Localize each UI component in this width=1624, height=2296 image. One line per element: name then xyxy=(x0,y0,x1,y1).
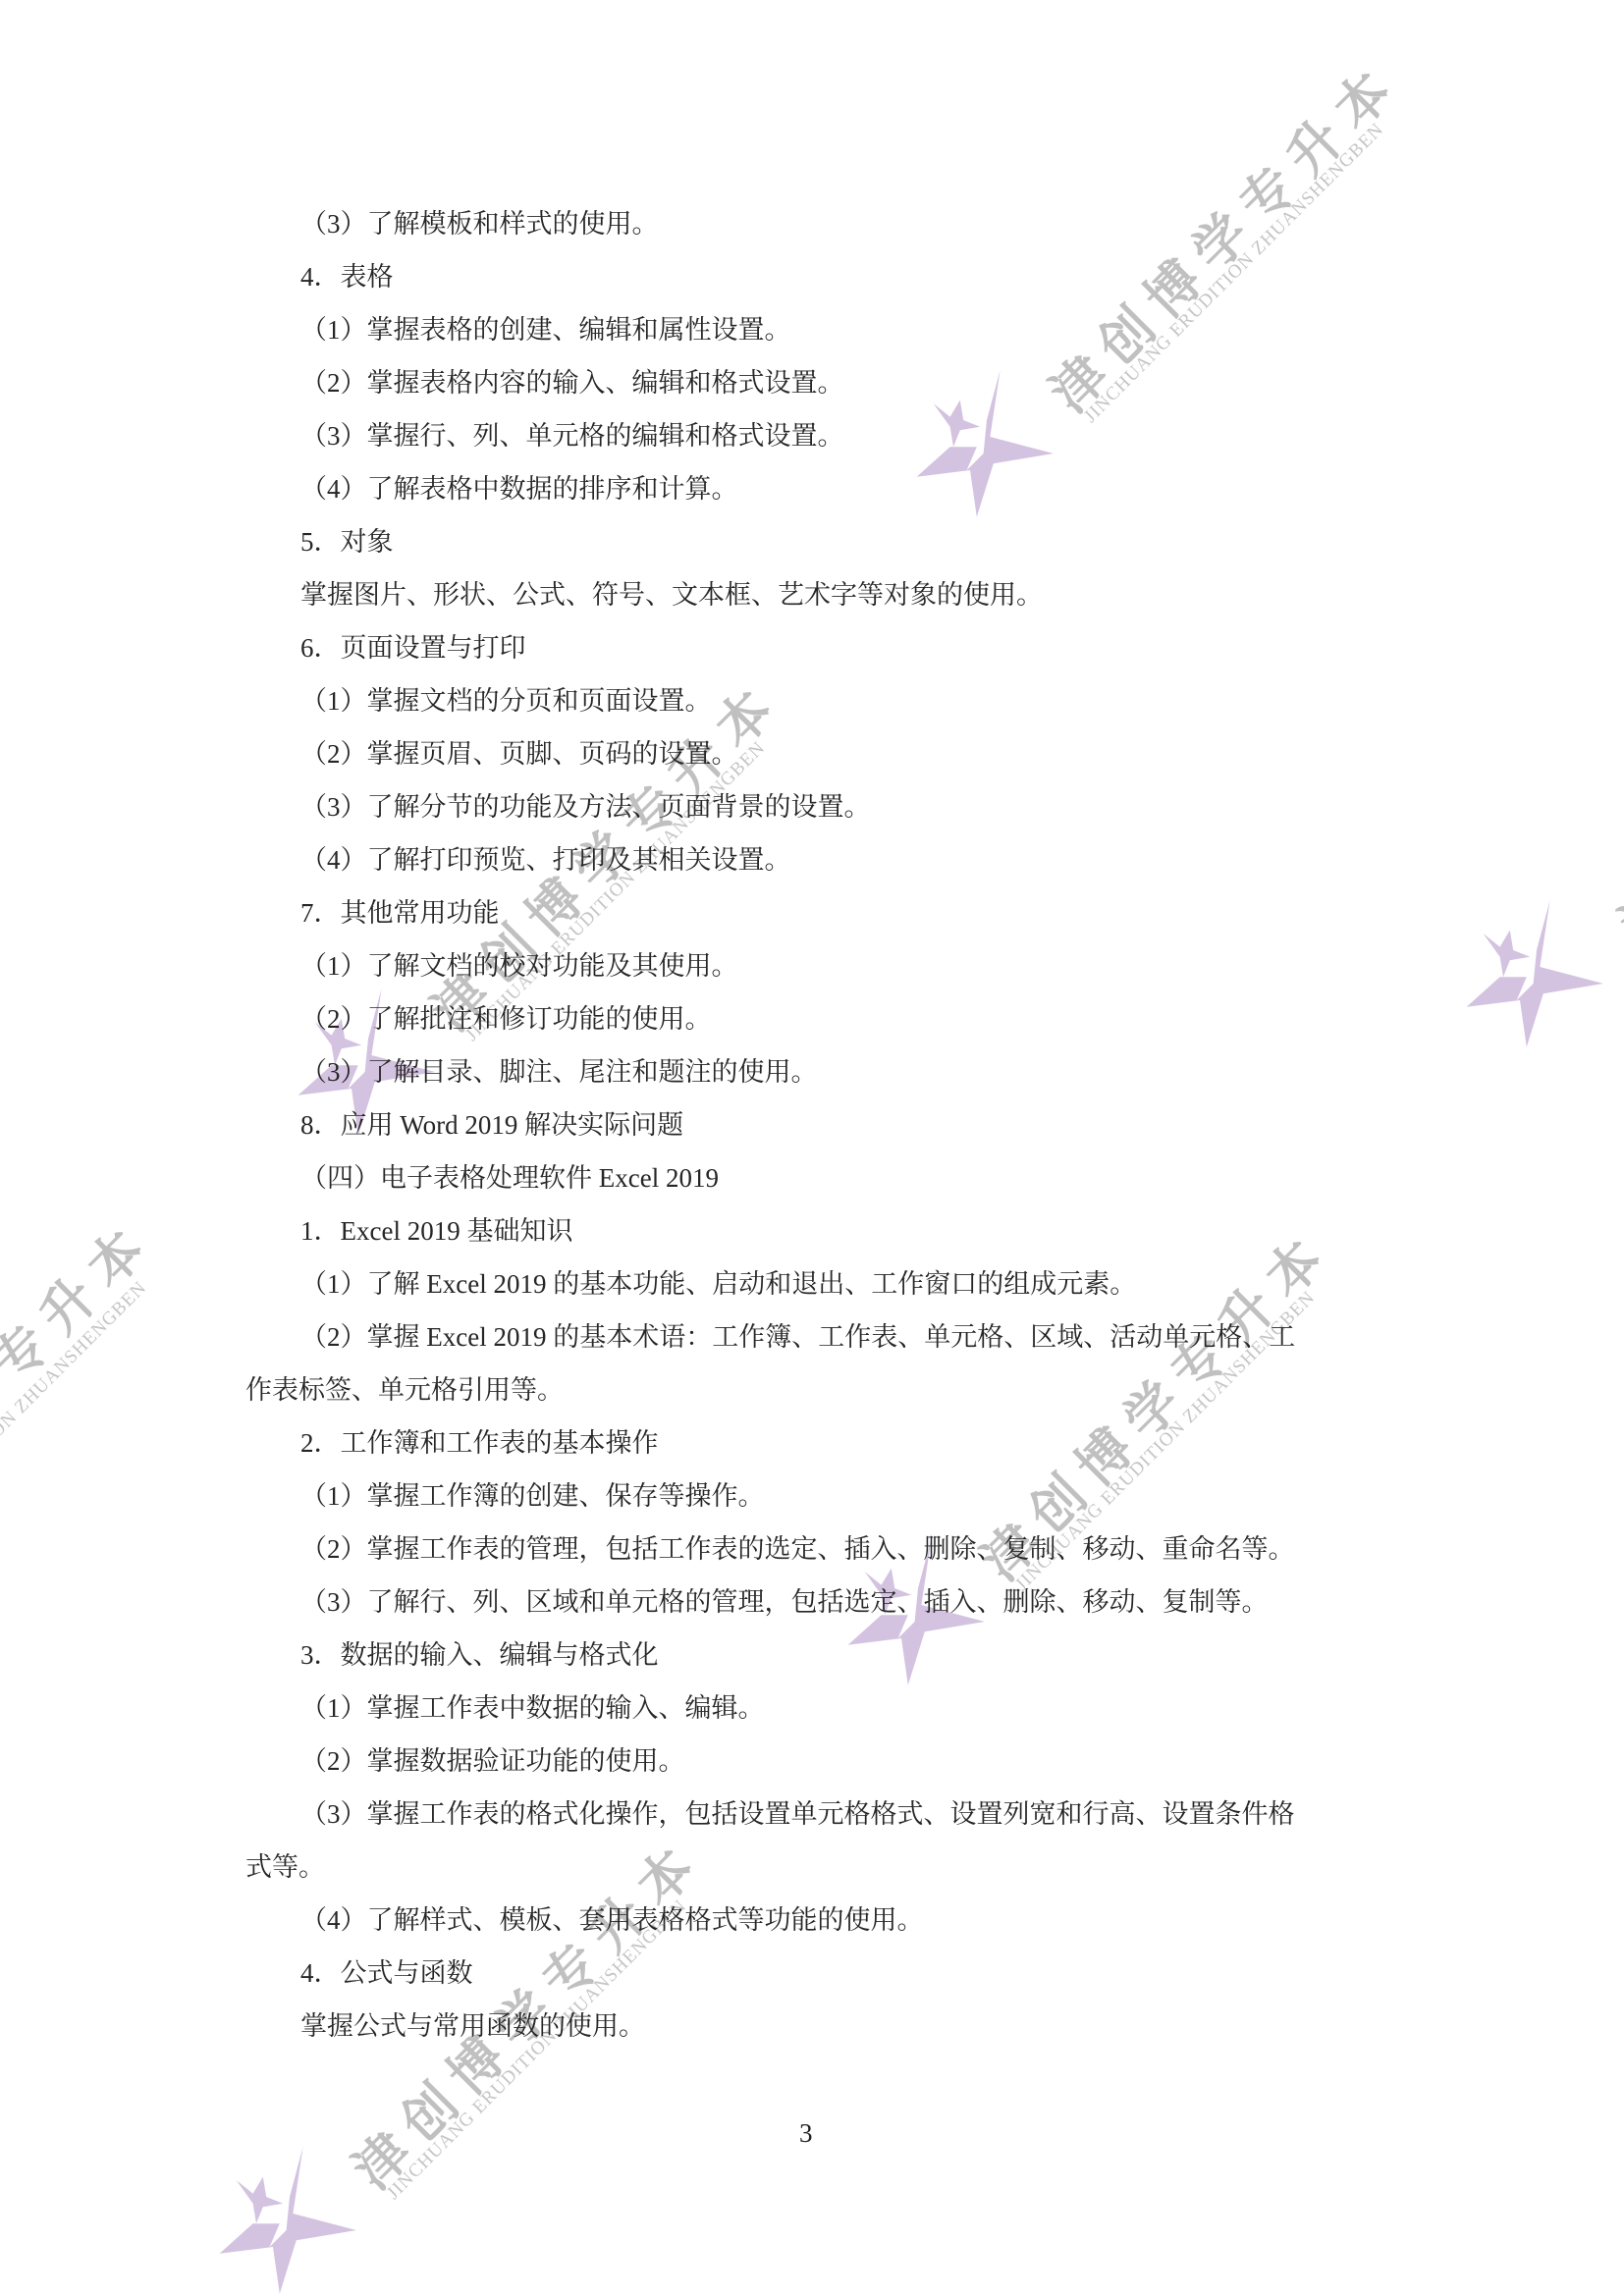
paragraph-continuation: 式等。 xyxy=(245,1849,325,1885)
section-heading: 5．对象 xyxy=(300,524,394,560)
document-page: 津创博学专升本 JINCHUANG ERUDITION ZHUANSHENGBE… xyxy=(0,0,1624,2296)
watermark-brand-en: JINCHUANG ERUDITION ZHUANSHENGBEN xyxy=(0,1277,151,1585)
section-heading: 1．Excel 2019 基础知识 xyxy=(300,1213,572,1249)
list-item: （1）了解 Excel 2019 的基本功能、启动和退出、工作窗口的组成元素。 xyxy=(300,1266,1136,1302)
list-item: （3）了解分节的功能及方法、页面背景的设置。 xyxy=(300,789,871,825)
section-heading: 4．公式与函数 xyxy=(300,1955,473,1991)
section-heading: 3．数据的输入、编辑与格式化 xyxy=(300,1637,659,1673)
star-logo-icon xyxy=(206,2130,373,2296)
list-item: （2）掌握表格内容的输入、编辑和格式设置。 xyxy=(300,365,844,400)
list-item: （3）了解目录、脚注、尾注和题注的使用。 xyxy=(300,1054,818,1090)
list-item: 掌握公式与常用函数的使用。 xyxy=(300,2008,645,2044)
list-item: （3）了解模板和样式的使用。 xyxy=(300,206,659,241)
list-item: （1）掌握工作表中数据的输入、编辑。 xyxy=(300,1690,765,1726)
list-item: （3）掌握工作表的格式化操作，包括设置单元格格式、设置列宽和行高、设置条件格 xyxy=(300,1796,1295,1832)
star-logo-icon xyxy=(903,353,1070,520)
watermark-brand-cn: 津创博学专升本 xyxy=(1600,572,1624,956)
watermark-brand-en: JINCHUANG ERUDITION ZHUANSHENGBEN xyxy=(1080,119,1388,427)
watermark-brand-cn: 津创博学专升本 xyxy=(1031,42,1415,426)
list-item: （2）掌握页眉、页脚、页码的设置。 xyxy=(300,736,738,772)
list-item: （2）掌握工作表的管理，包括工作表的选定、插入、删除、复制、移动、重命名等。 xyxy=(300,1531,1295,1567)
star-logo-icon xyxy=(1453,883,1620,1050)
section-heading: 7．其他常用功能 xyxy=(300,895,500,931)
section-heading: 4．表格 xyxy=(300,259,394,294)
section-heading: 6．页面设置与打印 xyxy=(300,630,526,666)
list-item: （1）掌握工作簿的创建、保存等操作。 xyxy=(300,1478,765,1514)
section-heading: 8．应用 Word 2019 解决实际问题 xyxy=(300,1107,683,1143)
watermark-brand-en: JINCHUANG ERUDITION ZHUANSHENGBEN xyxy=(461,737,770,1045)
list-item: （4）了解表格中数据的排序和计算。 xyxy=(300,471,738,507)
watermark-1: 津创博学专升本 JINCHUANG ERUDITION ZHUANSHENGBE… xyxy=(903,39,1434,550)
page-number: 3 xyxy=(799,2118,813,2149)
list-item: （四）电子表格处理软件 Excel 2019 xyxy=(300,1160,719,1196)
watermark-brand-cn: 津创博学专升本 xyxy=(0,1201,168,1584)
list-item: （3）掌握行、列、单元格的编辑和格式设置。 xyxy=(300,418,844,454)
list-item: （3）了解行、列、区域和单元格的管理，包括选定、插入、删除、移动、复制等。 xyxy=(300,1584,1269,1620)
list-item: （2）了解批注和修订功能的使用。 xyxy=(300,1001,712,1037)
watermark-4: 津创博学专升本 JINCHUANG ERUDITION ZHUANSHENGBE… xyxy=(0,1217,157,1531)
list-item: 掌握图片、形状、公式、符号、文本框、艺术字等对象的使用。 xyxy=(300,577,1043,613)
list-item: （4）了解样式、模板、套用表格格式等功能的使用。 xyxy=(300,1902,924,1938)
watermark-3: 津创博学专升本 xyxy=(1443,864,1624,1080)
watermark-brand-en: JINCHUANG ERUDITION ZHUANSHENGBEN xyxy=(383,1896,691,2204)
section-heading: 2．工作簿和工作表的基本操作 xyxy=(300,1425,659,1461)
list-item: （1）了解文档的校对功能及其使用。 xyxy=(300,948,738,984)
list-item: （2）掌握 Excel 2019 的基本术语：工作簿、工作表、单元格、区域、活动… xyxy=(300,1319,1295,1355)
list-item: （4）了解打印预览、打印及其相关设置。 xyxy=(300,842,791,878)
paragraph-continuation: 作表标签、单元格引用等。 xyxy=(245,1372,564,1408)
list-item: （1）掌握文档的分页和页面设置。 xyxy=(300,683,712,719)
list-item: （2）掌握数据验证功能的使用。 xyxy=(300,1743,685,1779)
list-item: （1）掌握表格的创建、编辑和属性设置。 xyxy=(300,312,791,347)
